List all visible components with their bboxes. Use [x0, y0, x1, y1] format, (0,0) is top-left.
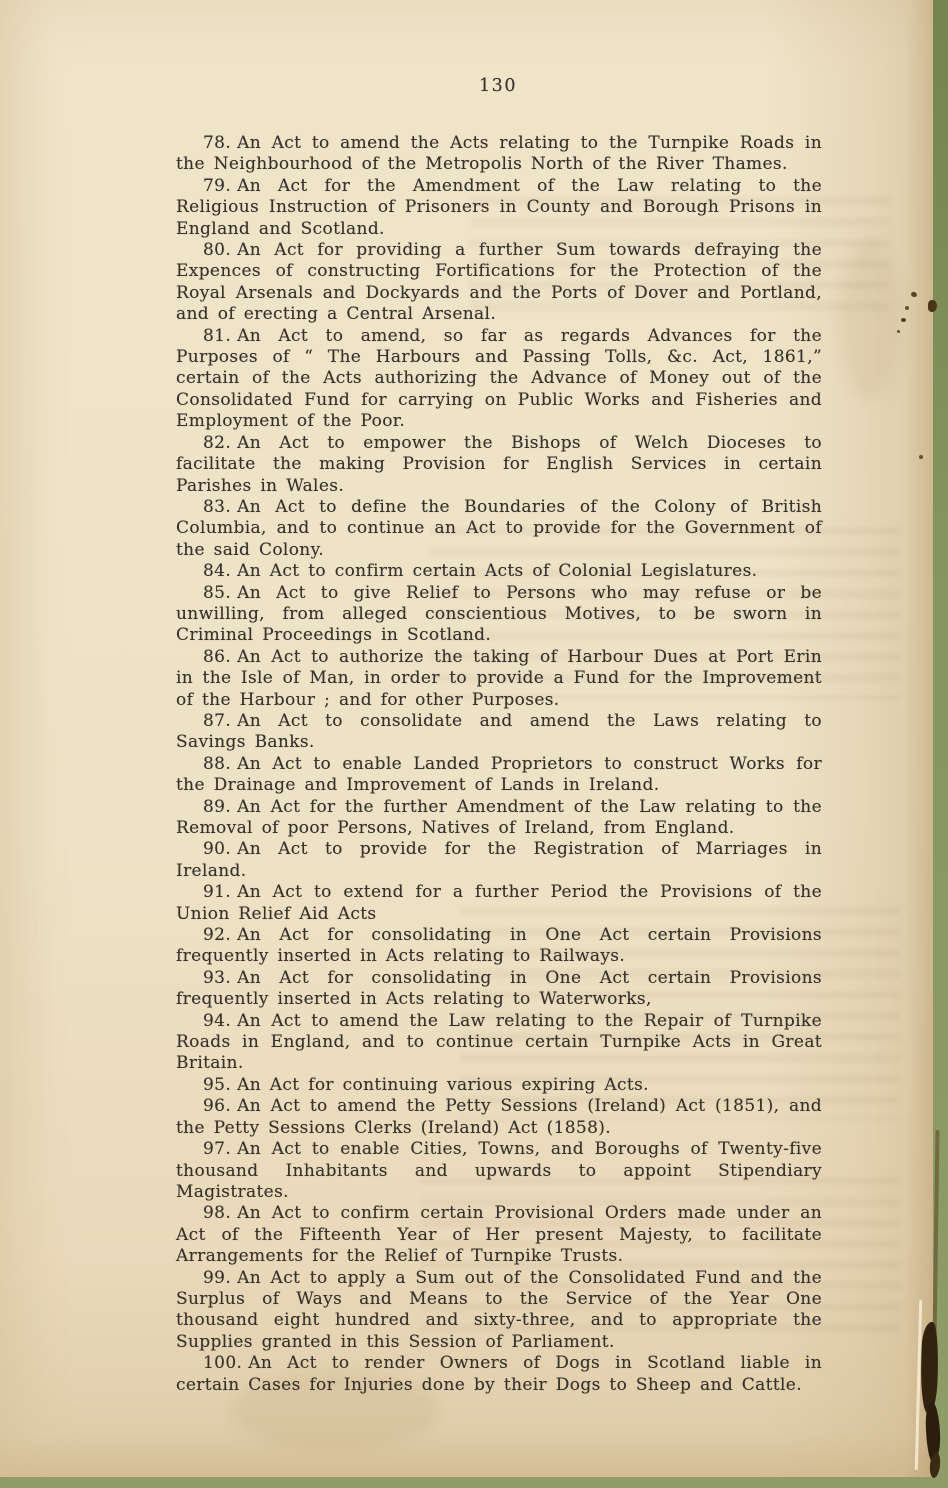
act-number: 97.: [203, 1139, 237, 1159]
act-text: An Act for consolidating in One Act cert…: [176, 968, 822, 1009]
act-number: 91.: [203, 882, 237, 902]
act-entry: 95.An Act for continuing various expirin…: [176, 1075, 822, 1096]
act-number: 93.: [203, 968, 237, 988]
act-entry: 97.An Act to enable Cities, Towns, and B…: [176, 1139, 822, 1203]
act-entry: 88.An Act to enable Landed Proprietors t…: [176, 754, 822, 797]
act-entry: 87.An Act to consolidate and amend the L…: [176, 711, 822, 754]
act-entry: 84.An Act to confirm certain Acts of Col…: [176, 561, 822, 582]
act-entry: 93.An Act for consolidating in One Act c…: [176, 968, 822, 1011]
act-text: An Act to extend for a further Period th…: [176, 882, 822, 923]
act-number: 84.: [203, 561, 237, 581]
act-number: 90.: [203, 839, 237, 859]
act-entry: 94.An Act to amend the Law relating to t…: [176, 1011, 822, 1075]
act-entry: 79.An Act for the Amendment of the Law r…: [176, 176, 822, 240]
act-number: 94.: [203, 1011, 237, 1031]
act-text: An Act to amend the Petty Sessions (Irel…: [176, 1096, 822, 1137]
act-text: An Act to enable Cities, Towns, and Boro…: [176, 1139, 822, 1202]
act-text: An Act for the further Amendment of the …: [176, 797, 822, 838]
act-text: An Act to confirm certain Provisional Or…: [176, 1203, 822, 1266]
act-text: An Act for the Amendment of the Law rela…: [176, 176, 822, 239]
torn-edge-crease: [933, 1130, 940, 1340]
acts-list: 78.An Act to amend the Acts relating to …: [176, 133, 822, 1396]
act-text: An Act to confirm certain Acts of Coloni…: [237, 561, 757, 581]
act-number: 86.: [203, 647, 237, 667]
act-entry: 89.An Act for the further Amendment of t…: [176, 797, 822, 840]
act-entry: 82.An Act to empower the Bishops of Welc…: [176, 433, 822, 497]
act-number: 100.: [203, 1353, 248, 1373]
act-number: 87.: [203, 711, 237, 731]
act-text: An Act for consolidating in One Act cert…: [176, 925, 822, 966]
act-entry: 92.An Act for consolidating in One Act c…: [176, 925, 822, 968]
act-text: An Act to give Relief to Persons who may…: [176, 583, 822, 646]
act-entry: 100.An Act to render Owners of Dogs in S…: [176, 1353, 822, 1396]
act-text: An Act to empower the Bishops of Welch D…: [176, 433, 822, 496]
act-number: 79.: [203, 176, 237, 196]
act-entry: 83.An Act to define the Boundaries of th…: [176, 497, 822, 561]
act-entry: 99.An Act to apply a Sum out of the Cons…: [176, 1268, 822, 1354]
act-number: 83.: [203, 497, 237, 517]
act-number: 85.: [203, 583, 237, 603]
act-entry: 96.An Act to amend the Petty Sessions (I…: [176, 1096, 822, 1139]
act-entry: 91.An Act to extend for a further Period…: [176, 882, 822, 925]
act-entry: 86.An Act to authorize the taking of Har…: [176, 647, 822, 711]
act-entry: 90.An Act to provide for the Registratio…: [176, 839, 822, 882]
act-entry: 85.An Act to give Relief to Persons who …: [176, 583, 822, 647]
act-text: An Act for continuing various expiring A…: [237, 1075, 649, 1095]
act-text: An Act to amend, so far as regards Advan…: [176, 326, 822, 432]
act-number: 78.: [203, 133, 237, 153]
scanned-book-page: 130 78.An Act to amend the Acts relating…: [0, 0, 933, 1477]
act-entry: 98.An Act to confirm certain Provisional…: [176, 1203, 822, 1267]
act-number: 80.: [203, 240, 237, 260]
act-number: 88.: [203, 754, 237, 774]
act-number: 99.: [203, 1268, 237, 1288]
act-number: 89.: [203, 797, 237, 817]
act-number: 81.: [203, 326, 237, 346]
act-entry: 80.An Act for providing a further Sum to…: [176, 240, 822, 326]
act-text: An Act to amend the Acts relating to the…: [176, 133, 822, 174]
page-number: 130: [176, 76, 820, 96]
act-number: 95.: [203, 1075, 237, 1095]
scan-background: { "page": { "page_number": "130", "entri…: [0, 0, 948, 1488]
act-text: An Act to provide for the Registration o…: [176, 839, 822, 880]
act-text: An Act to consolidate and amend the Laws…: [176, 711, 822, 752]
act-number: 82.: [203, 433, 237, 453]
page-stain: [840, 240, 900, 400]
act-text: An Act to amend the Law relating to the …: [176, 1011, 822, 1074]
act-number: 92.: [203, 925, 237, 945]
act-text: An Act to authorize the taking of Harbou…: [176, 647, 822, 710]
act-entry: 81.An Act to amend, so far as regards Ad…: [176, 326, 822, 433]
act-text: An Act to render Owners of Dogs in Scotl…: [176, 1353, 822, 1394]
act-text: An Act for providing a further Sum towar…: [176, 240, 822, 324]
act-entry: 78.An Act to amend the Acts relating to …: [176, 133, 822, 176]
act-text: An Act to enable Landed Proprietors to c…: [176, 754, 822, 795]
act-text: An Act to define the Boundaries of the C…: [176, 497, 822, 560]
act-number: 96.: [203, 1096, 237, 1116]
act-number: 98.: [203, 1203, 237, 1223]
act-text: An Act to apply a Sum out of the Consoli…: [176, 1268, 822, 1352]
